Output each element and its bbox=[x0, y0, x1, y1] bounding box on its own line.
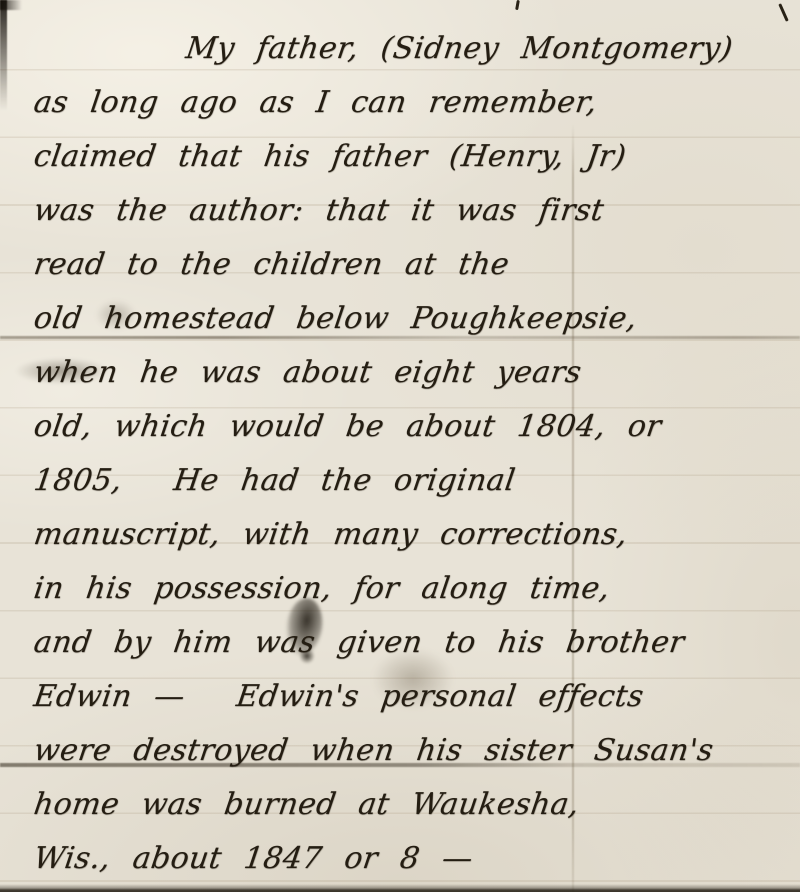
line-text: He had the original bbox=[172, 463, 518, 498]
handwritten-line: home was burned at Waukesha, bbox=[34, 778, 790, 832]
handwritten-line: Edwin —Edwin's personal effects bbox=[34, 670, 790, 724]
line-text: old homestead below Poughkeepsie, bbox=[30, 292, 640, 346]
handwritten-line: 1805,He had the original bbox=[34, 454, 790, 508]
handwritten-line: My father, (Sidney Montgomery) bbox=[34, 22, 790, 76]
line-text: manuscript, with many corrections, bbox=[30, 508, 631, 562]
scanned-letter-page: My father, (Sidney Montgomery) as long a… bbox=[0, 0, 800, 892]
handwritten-line: and by him was given to his brother bbox=[34, 616, 790, 670]
handwritten-line: read to the children at the bbox=[34, 238, 790, 292]
line-text: was the author: that it was first bbox=[30, 184, 607, 238]
handwriting-text-layer: My father, (Sidney Montgomery) as long a… bbox=[0, 0, 800, 892]
handwritten-line: Wis., about 1847 or 8 — bbox=[34, 832, 790, 886]
handwritten-line: old homestead below Poughkeepsie, bbox=[34, 292, 790, 346]
handwritten-line: as long ago as I can remember, bbox=[34, 76, 790, 130]
line-text: My father, (Sidney Montgomery) bbox=[106, 22, 736, 76]
line-text: old, which would be about 1804, or bbox=[30, 400, 665, 454]
handwritten-line: when he was about eight years bbox=[34, 346, 790, 400]
line-text: read to the children at the bbox=[30, 238, 513, 292]
line-lead-text: 1805, bbox=[32, 463, 125, 498]
line-text: Wis., about 1847 or 8 — bbox=[30, 832, 476, 886]
line-text: when he was about eight years bbox=[30, 346, 585, 400]
handwritten-line: claimed that his father (Henry, Jr) bbox=[34, 130, 790, 184]
line-lead-text: Edwin — bbox=[32, 679, 188, 714]
line-text: in his possession, for along time, bbox=[30, 562, 613, 616]
line-text: Edwin's personal effects bbox=[234, 679, 646, 714]
handwritten-line: was the author: that it was first bbox=[34, 184, 790, 238]
line-text: and by him was given to his brother bbox=[30, 616, 688, 670]
handwritten-line: manuscript, with many corrections, bbox=[34, 508, 790, 562]
line-text: home was burned at Waukesha, bbox=[30, 778, 582, 832]
line-text: were destroyed when his sister Susan's bbox=[30, 724, 717, 778]
line-text: claimed that his father (Henry, Jr) bbox=[30, 130, 630, 184]
handwritten-line: old, which would be about 1804, or bbox=[34, 400, 790, 454]
handwritten-line: in his possession, for along time, bbox=[34, 562, 790, 616]
line-text: as long ago as I can remember, bbox=[30, 76, 600, 130]
handwritten-line: were destroyed when his sister Susan's bbox=[34, 724, 790, 778]
